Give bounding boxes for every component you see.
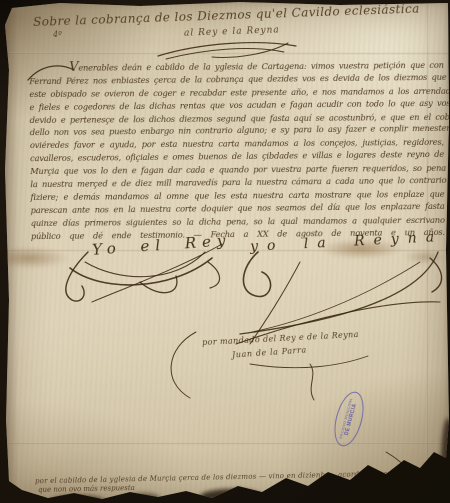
folio-number: 4º: [53, 30, 62, 39]
addressee-line: al Rey e la Reyna: [184, 25, 280, 38]
pen-swash-bottom-right: [386, 452, 418, 482]
document-title-heading: Sobre la cobrança de los Diezmos qu'el C…: [33, 3, 378, 29]
torn-edge-shadow: [52, 495, 104, 503]
archive-stamp: ARCHIVO MUNICIPAL DE MURCIA: [329, 389, 369, 450]
torn-edge-shadow-right: [441, 418, 450, 503]
torn-edge-shadow: [296, 491, 342, 503]
addressee-flourish: [158, 43, 296, 59]
archival-annotation-line1: por el cabildo de la yglesia de Murçia ç…: [35, 469, 447, 486]
fold-crease-horizontal-bottom: [0, 442, 450, 445]
fold-crease-horizontal-top: [0, 52, 450, 55]
ink-stain-left: [0, 247, 70, 269]
secretary-note-line2: Juan de la Parra: [232, 345, 307, 359]
torn-edge-shadow: [128, 493, 160, 503]
manuscript-photo: Sobre la cobrança de los Diezmos qu'el C…: [0, 0, 450, 503]
secretary-note-line1: por mandado del Rey e de la Reyna: [202, 330, 359, 347]
torn-edge-shadow: [350, 485, 392, 498]
ink-stain-far-right: [404, 250, 446, 264]
torn-corner-shadow: [412, 470, 450, 503]
letter-body-text: Venerables deán e cabildo de la yglesia …: [29, 58, 445, 243]
archival-annotation-line2: que non ovo más respuesta: [38, 484, 135, 494]
manuscript-page: Sobre la cobrança de los Diezmos qu'el C…: [0, 0, 450, 503]
torn-edge-shadow: [200, 489, 262, 503]
